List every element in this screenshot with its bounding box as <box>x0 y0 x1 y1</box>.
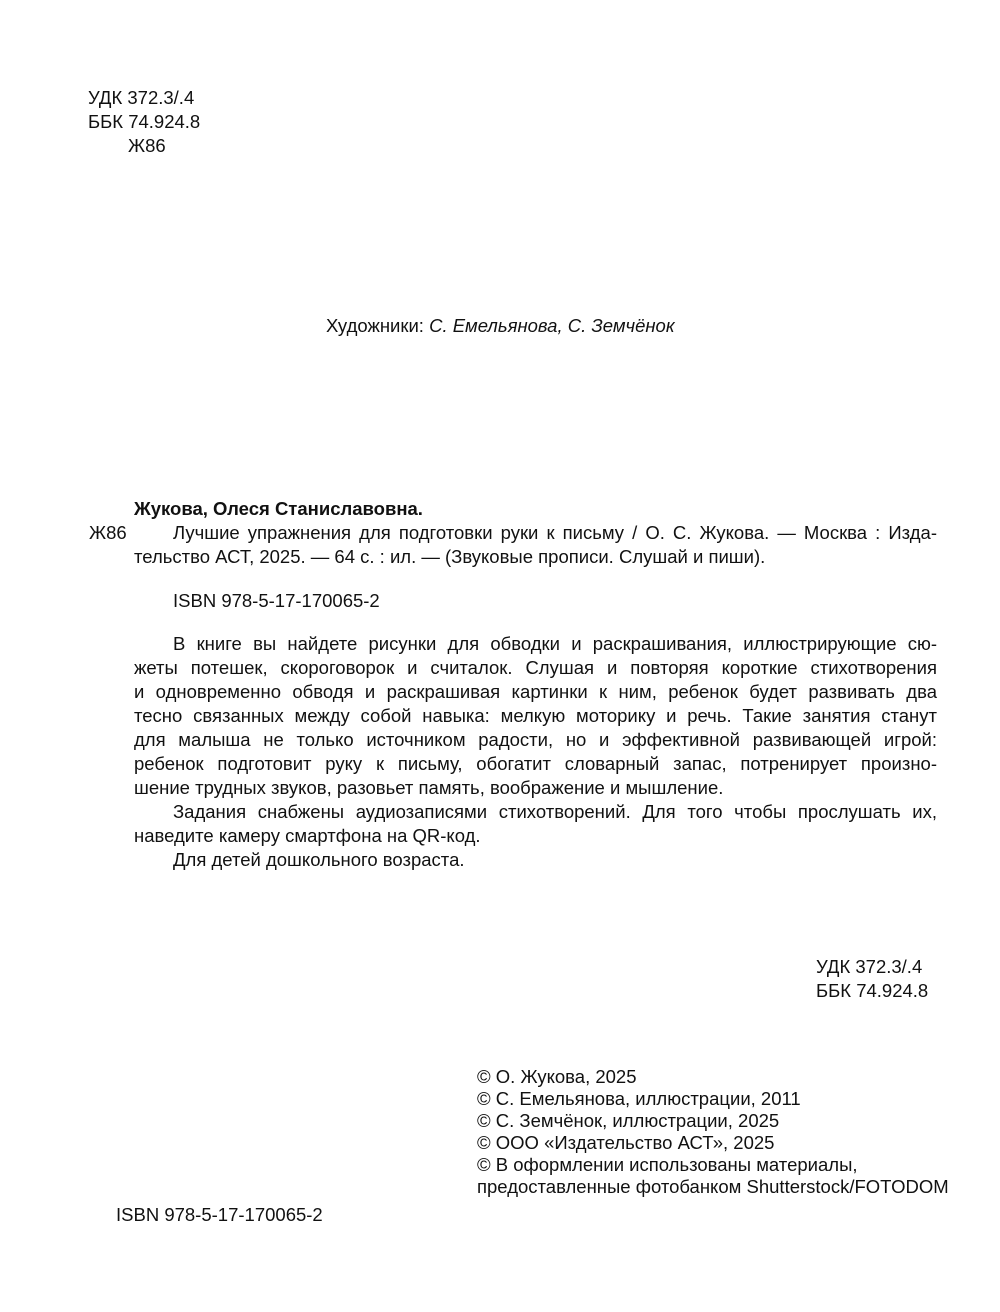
annotation-line: ребенок подготовит руку к письму, обогат… <box>134 752 937 776</box>
illustrators-label: Художники: <box>326 315 429 336</box>
isbn-record: ISBN 978-5-17-170065-2 <box>173 589 380 613</box>
annotation-line: Для детей дошкольного возраста. <box>134 848 937 872</box>
description-line: тельство АСТ, 2025. — 64 с. : ил. — (Зву… <box>134 545 937 569</box>
annotation-line: и одновременно обводя и раскрашивая карт… <box>134 680 937 704</box>
classification-block-top: УДК 372.3/.4 ББК 74.924.8 Ж86 <box>88 86 200 158</box>
annotation-line: Задания снабжены аудиозаписями стихотвор… <box>134 800 937 824</box>
udk-code: УДК 372.3/.4 <box>88 86 200 110</box>
annotation-line: тесно связанных между собой навыка: мелк… <box>134 704 937 728</box>
copyright-line: предоставленные фотобанком Shutterstock/… <box>477 1176 949 1198</box>
annotation-line: В книге вы найдете рисунки для обводки и… <box>134 632 937 656</box>
copyright-line: © В оформлении использованы материалы, <box>477 1154 949 1176</box>
annotation-line: наведите камеру смартфона на QR-код. <box>134 824 937 848</box>
copyright-line: © ООО «Издательство АСТ», 2025 <box>477 1132 949 1154</box>
bibliographic-author-mark: Ж86 <box>89 521 127 545</box>
copyright-line: © С. Емельянова, иллюстрации, 2011 <box>477 1088 949 1110</box>
copyright-line: © О. Жукова, 2025 <box>477 1066 949 1088</box>
author-heading: Жукова, Олеся Станиславовна. <box>134 497 423 521</box>
author-mark: Ж86 <box>88 134 200 158</box>
illustrators-names: С. Емельянова, С. Земчёнок <box>429 315 675 336</box>
annotation-line: для малыша не только источником радости,… <box>134 728 937 752</box>
copyright-line: © С. Земчёнок, иллюстрации, 2025 <box>477 1110 949 1132</box>
bbk-code: ББК 74.924.8 <box>816 979 928 1003</box>
bbk-code: ББК 74.924.8 <box>88 110 200 134</box>
description-line: Лучшие упражнения для подготовки руки к … <box>173 521 937 545</box>
annotation-line: шение трудных звуков, разовьет память, в… <box>134 776 937 800</box>
annotation-line: жеты потешек, скороговорок и считалок. С… <box>134 656 937 680</box>
illustrators-credit: Художники: С. Емельянова, С. Земчёнок <box>326 314 675 338</box>
copyright-block: © О. Жукова, 2025 © С. Емельянова, иллюс… <box>477 1066 949 1198</box>
udk-code: УДК 372.3/.4 <box>816 955 928 979</box>
classification-block-bottom: УДК 372.3/.4 ББК 74.924.8 <box>816 955 928 1003</box>
isbn-footer: ISBN 978-5-17-170065-2 <box>116 1203 323 1227</box>
